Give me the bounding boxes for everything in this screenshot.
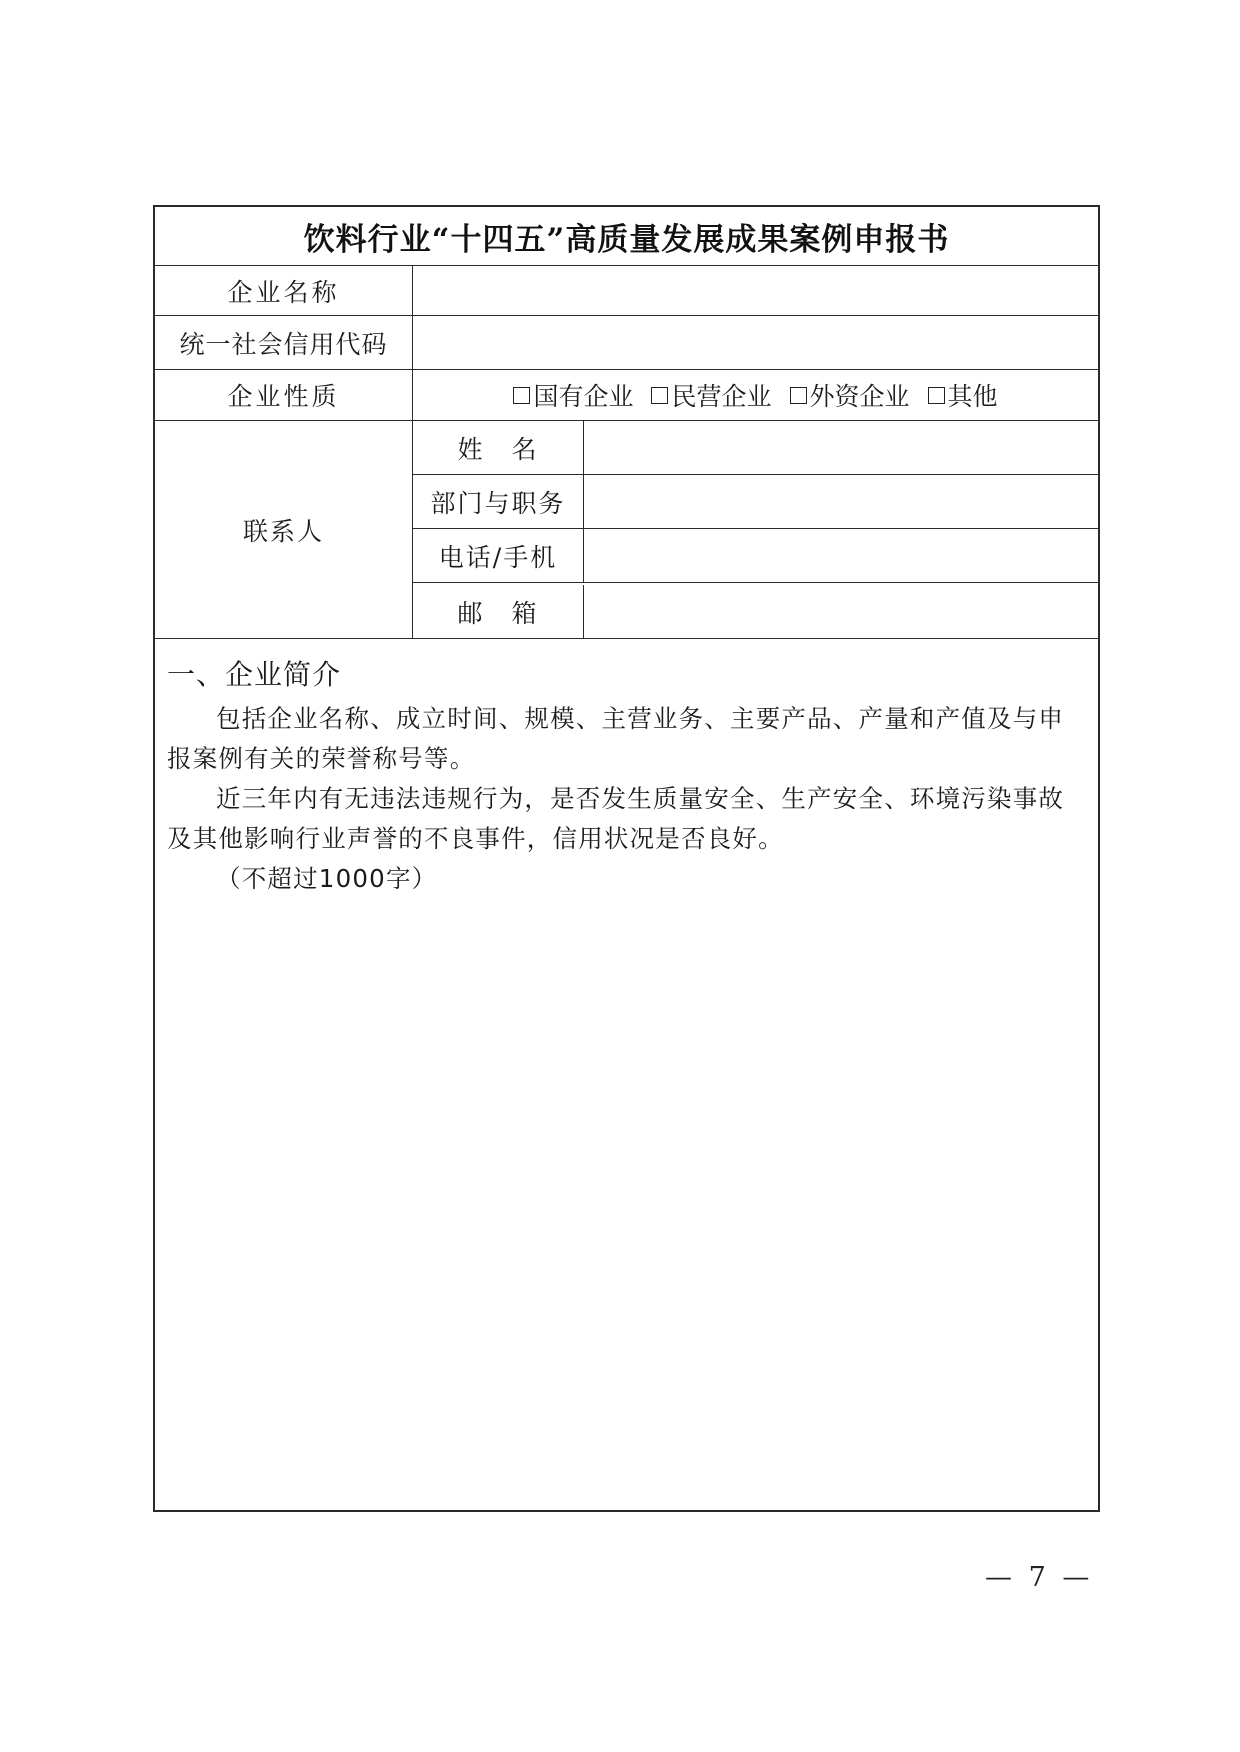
credit-code-label: 统一社会信用代码 — [155, 316, 413, 369]
form-title-row: 饮料行业“十四五”高质量发展成果案例申报书 — [155, 207, 1098, 266]
company-name-row: 企业名称 — [155, 266, 1098, 316]
application-form: 饮料行业“十四五”高质量发展成果案例申报书 企业名称 统一社会信用代码 企业性质… — [153, 205, 1100, 1512]
contact-email-row: 邮 箱 — [413, 585, 1098, 639]
form-title: 饮料行业“十四五”高质量发展成果案例申报书 — [304, 214, 950, 259]
option-label: 外资企业 — [810, 377, 910, 413]
contact-name-row: 姓 名 — [413, 421, 1098, 475]
section-heading: 一、企业简介 — [167, 653, 1086, 693]
contact-phone-field[interactable] — [584, 529, 1098, 582]
contact-dept-field[interactable] — [584, 475, 1098, 528]
company-type-row: 企业性质 国有企业 民营企业 外资企业 其他 — [155, 370, 1098, 421]
contact-name-field[interactable] — [584, 421, 1098, 474]
contact-dept-label: 部门与职务 — [413, 475, 584, 528]
contact-name-label: 姓 名 — [413, 421, 584, 474]
option-label: 其他 — [948, 377, 998, 413]
company-type-options: 国有企业 民营企业 外资企业 其他 — [413, 370, 1098, 420]
contact-phone-row: 电话/手机 — [413, 529, 1098, 583]
contact-email-field[interactable] — [584, 585, 1098, 639]
contact-phone-label: 电话/手机 — [413, 529, 584, 582]
contact-section: 联系人 姓 名 部门与职务 电话/手机 邮 箱 — [155, 421, 1098, 639]
credit-code-row: 统一社会信用代码 — [155, 316, 1098, 370]
word-limit-note: （不超过1000字） — [167, 859, 1086, 899]
checkbox-icon[interactable] — [513, 387, 530, 404]
company-intro-section[interactable]: 一、企业简介 包括企业名称、成立时间、规模、主营业务、主要产品、产量和产值及与申… — [155, 639, 1098, 1510]
intro-instruction-2: 近三年内有无违法违规行为，是否发生质量安全、生产安全、环境污染事故及其他影响行业… — [167, 779, 1086, 859]
option-foreign[interactable]: 外资企业 — [790, 377, 910, 413]
contact-email-label: 邮 箱 — [413, 585, 584, 639]
credit-code-field[interactable] — [413, 316, 1098, 369]
option-state-owned[interactable]: 国有企业 — [513, 377, 633, 413]
checkbox-icon[interactable] — [651, 387, 668, 404]
contact-label: 联系人 — [155, 421, 413, 638]
option-other[interactable]: 其他 — [928, 377, 998, 413]
checkbox-icon[interactable] — [790, 387, 807, 404]
company-name-field[interactable] — [413, 266, 1098, 315]
contact-dept-row: 部门与职务 — [413, 475, 1098, 529]
checkbox-icon[interactable] — [928, 387, 945, 404]
company-name-label: 企业名称 — [155, 266, 413, 315]
intro-instruction-1: 包括企业名称、成立时间、规模、主营业务、主要产品、产量和产值及与申报案例有关的荣… — [167, 699, 1086, 779]
option-label: 民营企业 — [671, 377, 771, 413]
option-label: 国有企业 — [533, 377, 633, 413]
page-number: — 7 — — [985, 1562, 1093, 1593]
company-type-label: 企业性质 — [155, 370, 413, 420]
option-private[interactable]: 民营企业 — [651, 377, 771, 413]
